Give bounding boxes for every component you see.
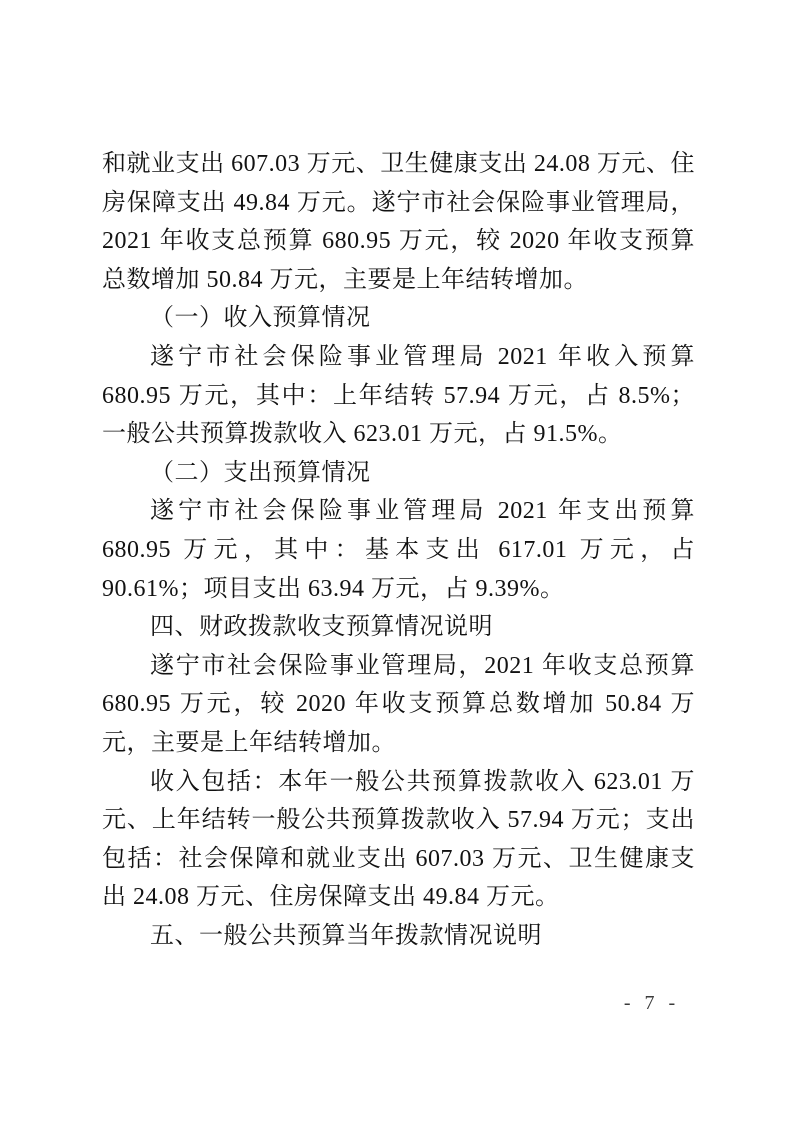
sub-heading-income-budget: （一）收入预算情况 [102,299,695,338]
paragraph-income-expenditure-breakdown: 收入包括：本年一般公共预算拨款收入 623.01 万元、上年结转一般公共预算拨款… [102,763,695,917]
document-page: 和就业支出 607.03 万元、卫生健康支出 24.08 万元、住房保障支出 4… [0,0,793,1122]
paragraph-fiscal-total: 遂宁市社会保险事业管理局，2021 年收支总预算 680.95 万元，较 202… [102,647,695,763]
page-number: - 7 - [600,992,700,1015]
sub-heading-expenditure-budget: （二）支出预算情况 [102,454,695,493]
section-heading-general-public-budget: 五、一般公共预算当年拨款情况说明 [102,917,695,956]
section-heading-fiscal-appropriation: 四、财政拨款收支预算情况说明 [102,608,695,647]
paragraph-continuation: 和就业支出 607.03 万元、卫生健康支出 24.08 万元、住房保障支出 4… [102,145,695,299]
document-body: 和就业支出 607.03 万元、卫生健康支出 24.08 万元、住房保障支出 4… [102,145,695,955]
paragraph-income-detail: 遂宁市社会保险事业管理局 2021 年收入预算 680.95 万元，其中：上年结… [102,338,695,454]
paragraph-expenditure-detail: 遂宁市社会保险事业管理局 2021 年支出预算 680.95 万元，其中：基本支… [102,492,695,608]
